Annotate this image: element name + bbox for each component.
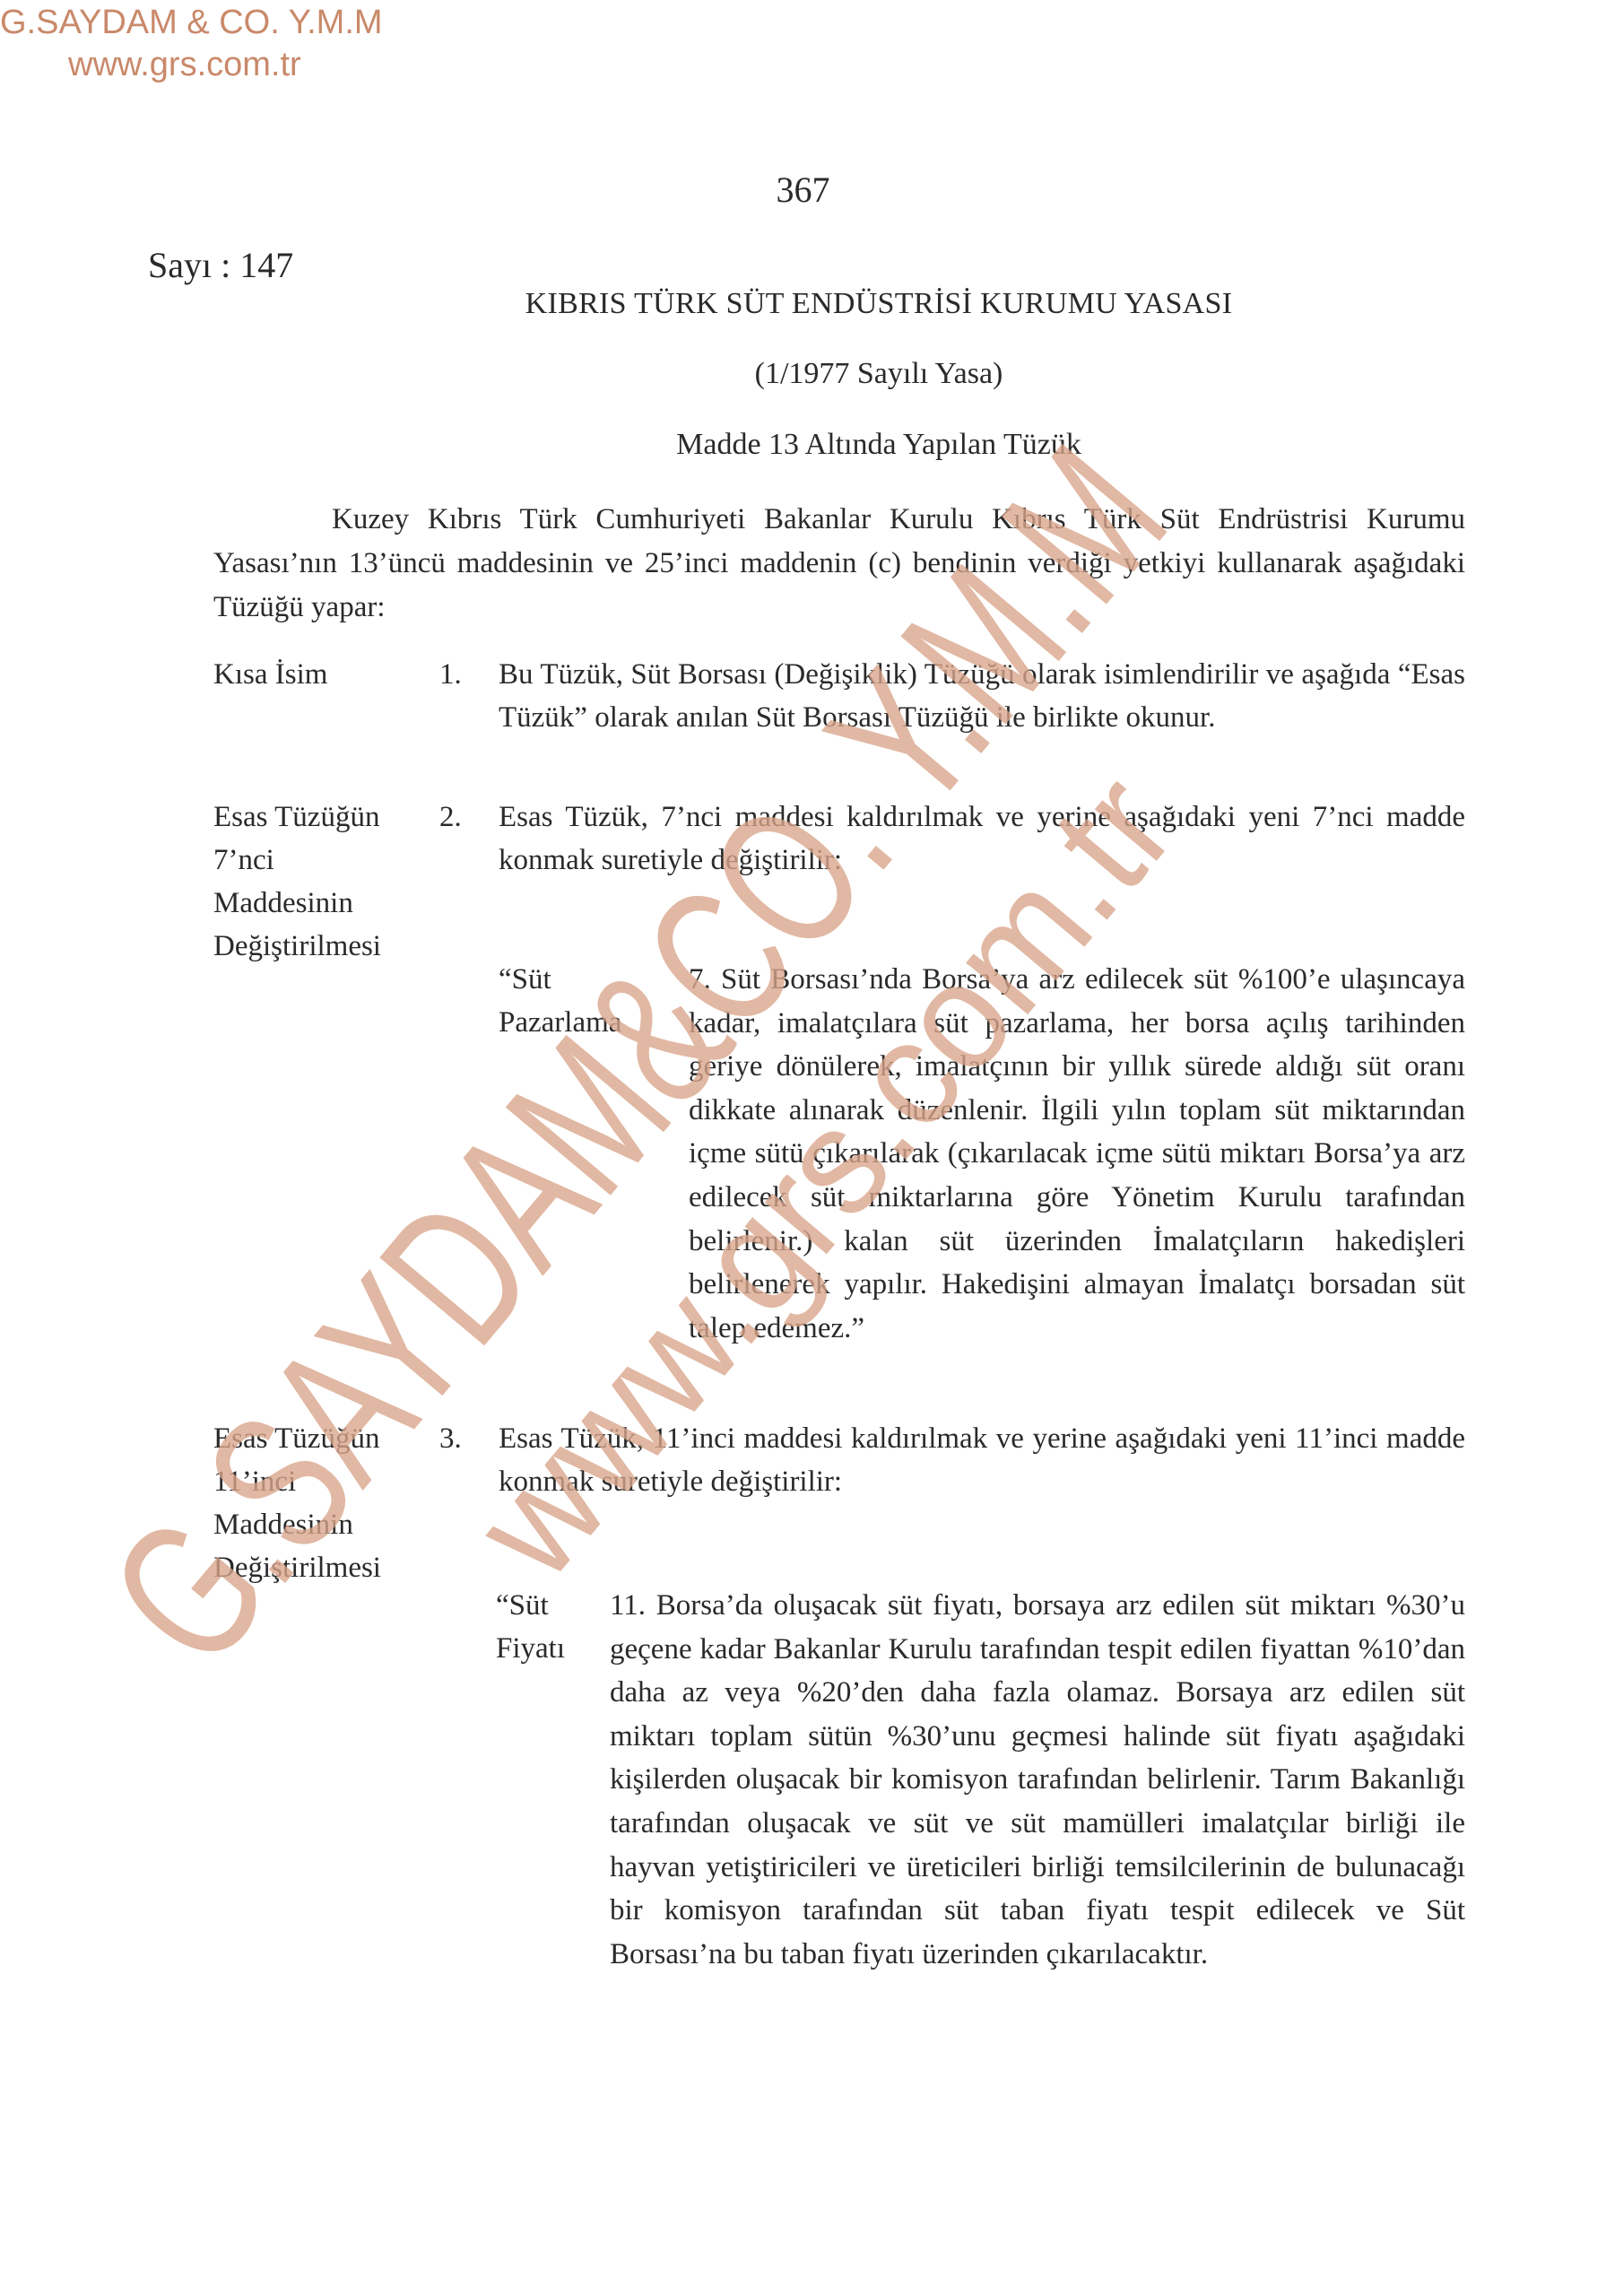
page-number: 367 bbox=[0, 169, 1606, 211]
intro-paragraph: Kuzey Kıbrıs Türk Cumhuriyeti Bakanlar K… bbox=[213, 498, 1465, 630]
section-1-number: 1. bbox=[439, 653, 462, 696]
side-line: “Süt bbox=[499, 958, 678, 1001]
side-line: Esas Tüzüğün bbox=[213, 796, 420, 839]
regulation-title: Madde 13 Altında Yapılan Tüzük bbox=[502, 428, 1255, 462]
side-line: Esas Tüzüğün bbox=[213, 1417, 420, 1460]
section-2-text: Esas Tüzük, 7’nci maddesi kaldırılmak ve… bbox=[499, 796, 1465, 882]
article-11-text: 11. Borsa’da oluşacak süt fiyatı, borsay… bbox=[610, 1584, 1465, 1976]
side-line: Değiştirilmesi bbox=[213, 925, 420, 968]
side-line: “Süt bbox=[496, 1584, 603, 1627]
law-subtitle: (1/1977 Sayılı Yasa) bbox=[502, 357, 1255, 391]
side-line: Maddesinin bbox=[213, 882, 420, 925]
section-2-number: 2. bbox=[439, 796, 462, 839]
section-3-text: Esas Tüzük, 11’inci maddesi kaldırılmak … bbox=[499, 1417, 1465, 1503]
article-11-side-label: “Süt Fiyatı bbox=[496, 1584, 603, 1670]
side-line: Pazarlama bbox=[499, 1001, 678, 1044]
article-7-side-label: “Süt Pazarlama bbox=[499, 958, 678, 1044]
section-1-side-label: Kısa İsim bbox=[213, 653, 420, 696]
issue-number: Sayı : 147 bbox=[148, 244, 293, 286]
watermark-url: www.grs.com.tr bbox=[68, 48, 301, 82]
side-line: 11’inci bbox=[213, 1460, 420, 1503]
watermark-firm-name: G.SAYDAM & CO. Y.M.M bbox=[0, 5, 383, 39]
section-1-text: Bu Tüzük, Süt Borsası (Değişiklik) Tüzüğ… bbox=[499, 653, 1465, 739]
side-line: Fiyatı bbox=[496, 1627, 603, 1670]
side-line: Maddesinin bbox=[213, 1503, 420, 1546]
side-line: 7’nci bbox=[213, 839, 420, 882]
side-line: Değiştirilmesi bbox=[213, 1546, 420, 1589]
section-2-side-label: Esas Tüzüğün 7’nci Maddesinin Değiştiril… bbox=[213, 796, 420, 968]
law-title: KIBRIS TÜRK SÜT ENDÜSTRİSİ KURUMU YASASI bbox=[502, 287, 1255, 321]
article-7-text: 7. Süt Borsası’nda Borsa’ya arz edilecek… bbox=[689, 958, 1465, 1350]
section-3-side-label: Esas Tüzüğün 11’inci Maddesinin Değiştir… bbox=[213, 1417, 420, 1589]
section-3-number: 3. bbox=[439, 1417, 462, 1460]
